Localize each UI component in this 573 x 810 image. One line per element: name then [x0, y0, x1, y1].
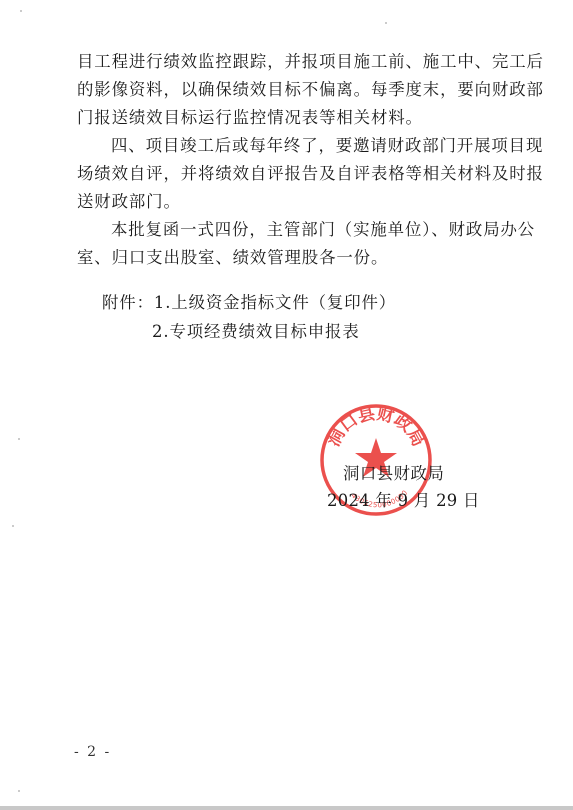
- attachment-item-2: 2.专项经费绩效目标申报表: [152, 322, 360, 342]
- signature-organization: 洞口县财政局: [343, 464, 444, 484]
- scan-speck: [20, 10, 22, 12]
- viewer-bottom-edge: [0, 806, 573, 810]
- paragraph-3-line-1: 本批复函一式四份，主管部门（实施单位）、财政局办公: [111, 220, 535, 240]
- paragraph-1-line-1: 目工程进行绩效监控跟踪，并报项目施工前、施工中、完工后: [77, 52, 544, 72]
- scan-speck: [18, 790, 20, 792]
- paragraph-1-line-2: 的影像资料，以确保绩效目标不偏离。每季度末，要向财政部: [77, 80, 544, 100]
- paragraph-3-line-2: 室、归口支出股室、绩效管理股各一份。: [77, 248, 388, 268]
- scan-speck: [18, 438, 20, 440]
- page-number: - 2 -: [74, 744, 111, 760]
- paragraph-2-line-2: 场绩效自评，并将绩效自评报告及自评表格等相关材料及时报: [77, 164, 544, 184]
- scan-speck: [12, 525, 14, 527]
- attachments-line-1: 附件：1.上级资金指标文件（复印件）: [102, 293, 396, 313]
- scan-speck: [385, 22, 387, 24]
- paragraph-2-line-1: 四、项目竣工后或每年终了，要邀请财政部门开展项目现: [111, 136, 543, 156]
- attachment-item-1: 1.上级资金指标文件（复印件）: [154, 293, 396, 312]
- signature-date: 2024 年 9 月 29 日: [327, 491, 480, 511]
- paragraph-2-line-3: 送财政部门。: [77, 192, 181, 212]
- paragraph-1-line-3: 门报送绩效目标运行监控情况表等相关材料。: [77, 108, 423, 128]
- document-page: 目工程进行绩效监控跟踪，并报项目施工前、施工中、完工后 的影像资料，以确保绩效目…: [0, 0, 573, 806]
- attachments-label: 附件：: [102, 293, 154, 312]
